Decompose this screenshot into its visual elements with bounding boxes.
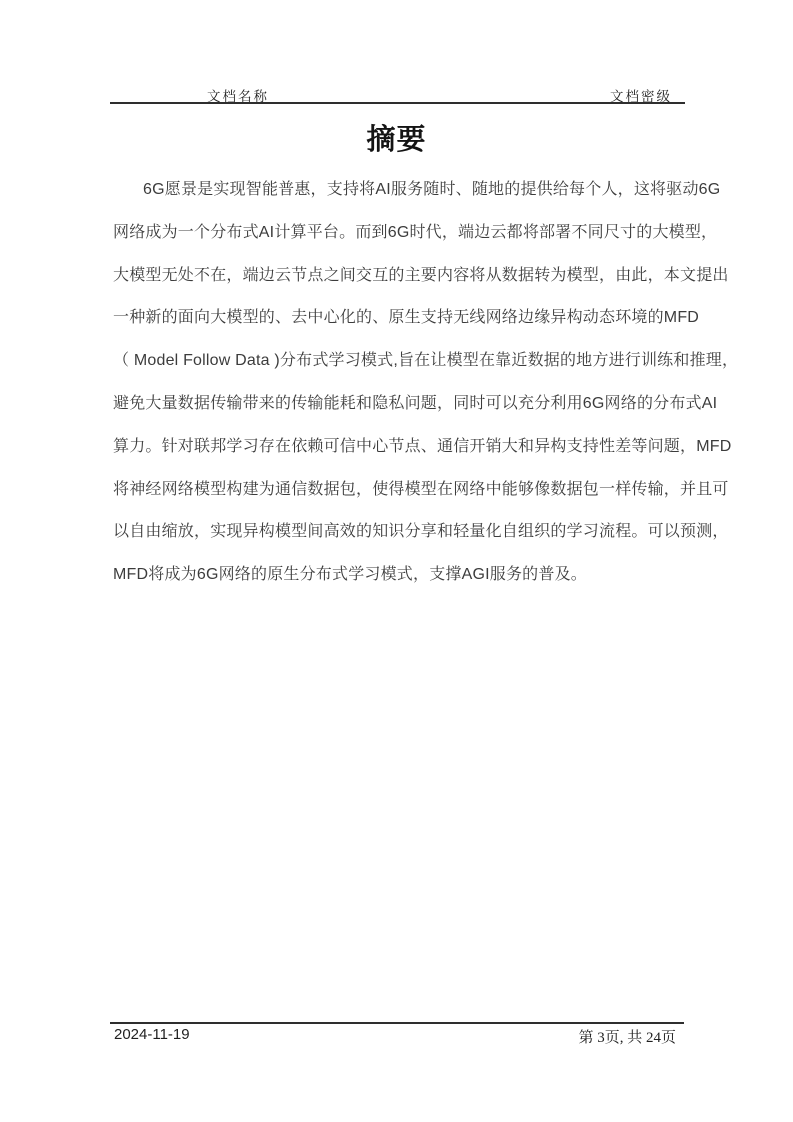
abstract-line: 网络成为一个分布式AI计算平台。而到6G时代，端边云都将部署不同尺寸的大模型， — [113, 212, 699, 255]
abstract-line: 将神经网络模型构建为通信数据包，使得模型在网络中能够像数据包一样传输，并且可 — [113, 469, 699, 512]
abstract-line: 算力。针对联邦学习存在依赖可信中心节点、通信开销大和异构支持性差等问题，MFD — [113, 426, 699, 469]
abstract-line: 避免大量数据传输带来的传输能耗和隐私问题，同时可以充分利用6G网络的分布式AI — [113, 383, 699, 426]
abstract-line: （ Model Follow Data )分布式学习模式,旨在让模型在靠近数据的… — [113, 340, 699, 383]
footer-page-number: 第 3页, 共 24页 — [578, 1026, 676, 1047]
page-title: 摘要 — [0, 124, 793, 156]
abstract-line: 以自由缩放，实现异构模型间高效的知识分享和轻量化自组织的学习流程。可以预测， — [113, 511, 699, 554]
footer-rule — [110, 1022, 684, 1024]
header-rule — [110, 102, 685, 104]
footer-date: 2024-11-19 — [114, 1026, 190, 1043]
abstract-line: 一种新的面向大模型的、去中心化的、原生支持无线网络边缘异构动态环境的MFD — [113, 297, 699, 340]
abstract-paragraph: 6G愿景是实现智能普惠，支持将AI服务随时、随地的提供给每个人，这将驱动6G 网… — [113, 169, 699, 597]
abstract-line: 6G愿景是实现智能普惠，支持将AI服务随时、随地的提供给每个人，这将驱动6G — [113, 169, 699, 212]
abstract-line: MFD将成为6G网络的原生分布式学习模式，支撑AGI服务的普及。 — [113, 554, 699, 597]
abstract-line: 大模型无处不在，端边云节点之间交互的主要内容将从数据转为模型，由此，本文提出 — [113, 255, 699, 298]
document-page: 文档名称 文档密级 摘要 6G愿景是实现智能普惠，支持将AI服务随时、随地的提供… — [0, 0, 793, 1122]
